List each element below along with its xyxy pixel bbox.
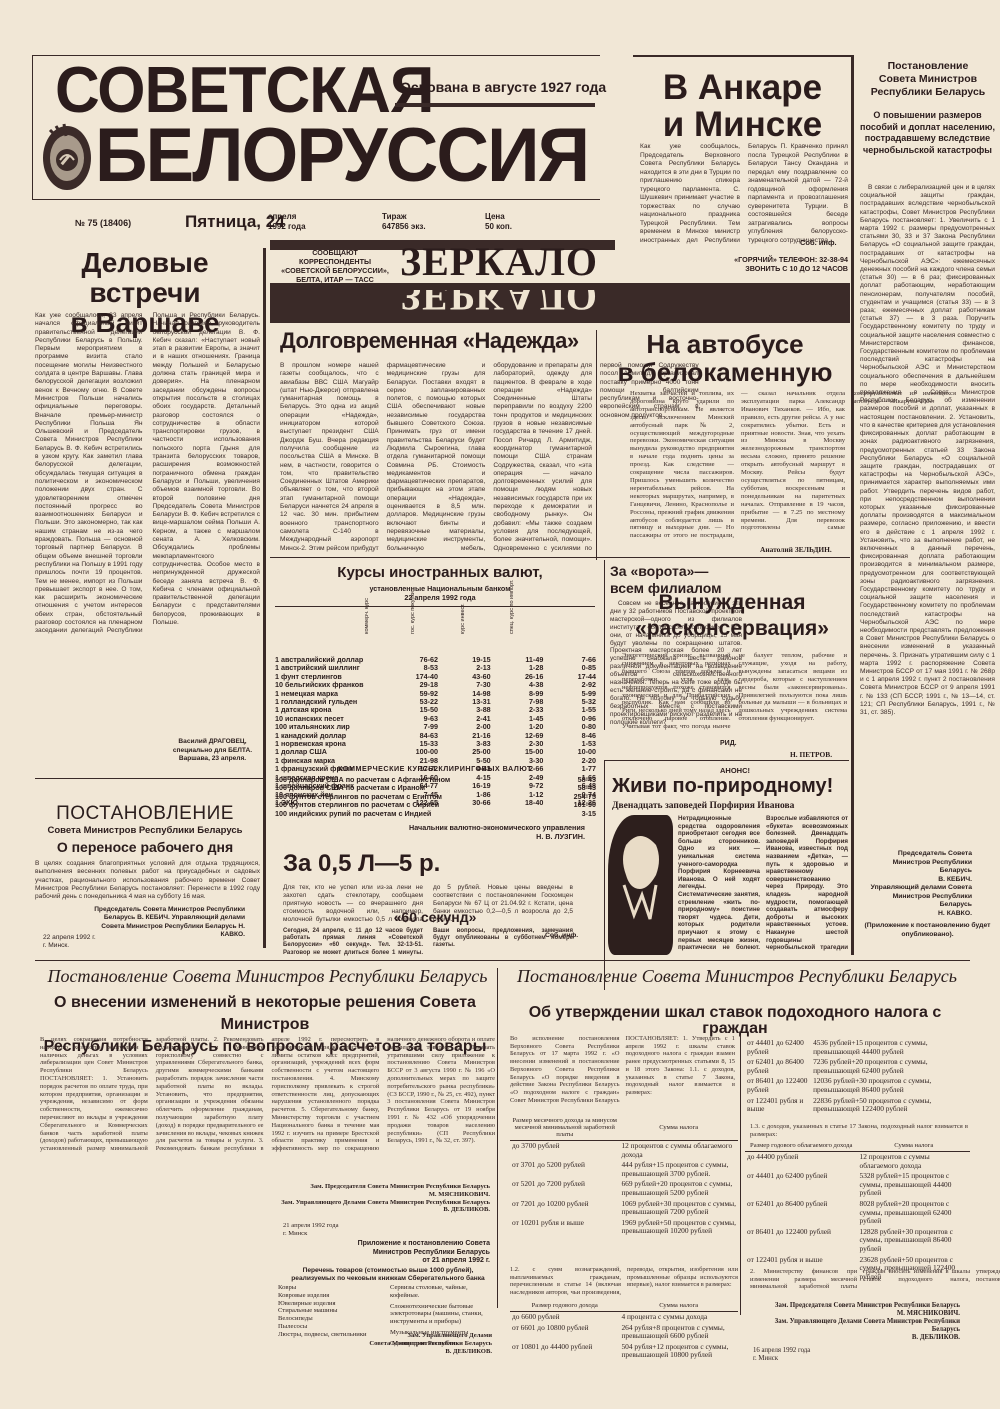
chernobyl-sig1-name: В. КЕБИЧ. xyxy=(860,876,972,885)
bus-headline: На автобусе в белокаменную xyxy=(600,330,850,386)
chernobyl-sig1: Председатель Совета Министров Республики… xyxy=(860,850,972,876)
tax-table-awards-cont: от 44401 до 62400 рублей4536 рублей+15 п… xyxy=(745,1038,970,1115)
tax-bracket: до 6600 рублей xyxy=(510,1312,619,1323)
tovary-body: В целях сокращения потребности народного… xyxy=(40,1036,495,1181)
chernobyl-sig2-name: Н. КАВКО. xyxy=(860,910,972,919)
emblem-icon xyxy=(40,118,95,193)
t2-col-tax: Сумма налога xyxy=(619,1300,738,1312)
tax-bracket: до 44400 рублей xyxy=(745,1152,858,1172)
tax-amount: 12036 рублей+30 процентов с суммы, превы… xyxy=(811,1076,970,1095)
price-label: Цена xyxy=(485,212,512,222)
bus-body: Нехватка запчастей и топлива, их дорогов… xyxy=(630,390,845,545)
t2-col-income: Размер годового дохода xyxy=(510,1300,619,1312)
ivanov-body: Нетрадиционные средства оздоровления при… xyxy=(678,815,848,955)
nalog-sig2-name: В. ДЕБЛИКОВ. xyxy=(760,1334,960,1342)
annex-title-3: от 21 апреля 1992 г. xyxy=(300,1257,490,1266)
tax-bracket: до 3700 рублей xyxy=(510,1141,619,1161)
annex-item: Ковровые изделия xyxy=(278,1292,383,1300)
tovary-annex-title: Приложение к постановлению Совета Минист… xyxy=(300,1240,490,1266)
price: Цена 50 коп. xyxy=(485,212,512,232)
annex-item: Ковры xyxy=(278,1284,383,1292)
raskonserv-title-line1: Вынужденная xyxy=(612,590,852,616)
ivanov-subtitle: Двенадцать заповедей Порфирия Иванова xyxy=(612,802,852,812)
masthead-title-line2: БЕЛОРУССИЯ xyxy=(95,118,588,194)
vorota-title-line1: За «ворота»— xyxy=(610,563,730,580)
annex-list-left: КоврыКовровые изделияЮвелирные изделияСт… xyxy=(278,1284,383,1339)
tovary-sig1: Зам. Председателя Совета Министров Респу… xyxy=(280,1183,490,1191)
tax-row: от 3701 до 5200 рублей444 рубля+15 проце… xyxy=(510,1160,738,1179)
perenos-title: О переносе рабочего дня xyxy=(30,840,260,854)
tax-row: от 10201 рубля и выше1969 рублей+50 проц… xyxy=(510,1218,738,1237)
col-import: спец. курс по импорт. xyxy=(509,599,515,634)
nalog-sig2: Зам. Управляющего Делами Совета Министро… xyxy=(760,1318,960,1334)
chernobyl-kicker-3: Республики Беларусь xyxy=(858,86,998,99)
tax-bracket: от 10801 до 44400 рублей xyxy=(510,1342,619,1361)
tax-bracket: от 3701 до 5200 рублей xyxy=(510,1160,619,1179)
bus-title-line1: На автобусе xyxy=(600,330,850,358)
tax-bracket: от 44401 до 62400 рублей xyxy=(745,1038,811,1057)
tovary-sig2: Зам. Управляющего Делами Совета Министро… xyxy=(280,1199,490,1207)
perenos-kicker2: Совета Министров Республики Беларусь xyxy=(30,826,260,836)
annex-item: Ювелирные изделия xyxy=(278,1300,383,1308)
chernobyl-kicker: Постановление Совета Министров Республик… xyxy=(858,60,998,99)
tovary-date: 21 апреля 1992 года xyxy=(283,1222,339,1230)
col-commercial: коммерч. курс xyxy=(364,599,370,634)
tax-bracket: от 86401 до 122400 рублей xyxy=(745,1076,811,1095)
tax-amount: 504 рубля+12 процентов с суммы, превышаю… xyxy=(619,1342,738,1361)
banner-left: Постановление Совета Министров Республик… xyxy=(40,966,495,987)
tax-row: от 7201 до 10200 рублей1069 рублей+30 пр… xyxy=(510,1199,738,1218)
bus-title-line2: в белокаменную xyxy=(600,358,850,386)
tax-bracket: от 62401 до 86400 рублей xyxy=(745,1199,858,1227)
t3-col-income: Размер годового облагаемого дохода xyxy=(745,1140,858,1152)
tovary-sig2-name: В. ДЕБЛИКОВ. xyxy=(280,1206,490,1214)
ankara-signature: Соб. инф. xyxy=(800,238,837,247)
tax-row: от 62401 до 86400 рублей8028 рублей+20 п… xyxy=(745,1199,970,1227)
circulation: Тираж 647856 экз. xyxy=(382,212,426,232)
ankara-title-line1: В Анкаре xyxy=(640,70,845,105)
tax-amount: 264 рубля+8 процентов с суммы, превышающ… xyxy=(619,1323,738,1342)
raskonserv-signature: Н. ПЕТРОВ. xyxy=(790,750,832,759)
tax-amount: 5328 рублей+15 процентов с суммы, превыш… xyxy=(858,1171,971,1199)
tax-row: от 86401 до 122400 рублей12036 рублей+30… xyxy=(745,1076,970,1095)
raskonserv-body: Энергетический кризис, вызванный снижени… xyxy=(622,652,847,752)
chernobyl-kicker-2: Совета Министров xyxy=(858,73,998,86)
annex-sig-1: Зам. Управляющего Делами xyxy=(330,1332,492,1340)
tax-row: от 122401 рубля и выше22836 рублей+50 пр… xyxy=(745,1096,970,1115)
tax-amount: 1069 рублей+30 процентов с суммы, превыш… xyxy=(619,1199,738,1218)
tax-amount: 444 рубля+15 процентов с суммы, превышаю… xyxy=(619,1160,738,1179)
tax-bracket: от 44401 до 62400 рублей xyxy=(745,1171,858,1199)
tovary-sig1-name: М. МЯСНИКОВИЧ. xyxy=(280,1191,490,1199)
issue-number: № 75 (18406) xyxy=(75,218,131,228)
annex-subtitle: Перечень товаров (стоимостью выше 1000 р… xyxy=(283,1267,493,1283)
annex-title-1: Приложение к постановлению Совета xyxy=(300,1240,490,1249)
clearing-name: 100 индийских рупий по расчетам с Индией xyxy=(273,810,556,818)
perenos-body: В целях создания благоприятных условий д… xyxy=(35,860,260,901)
annex-signature: Зам. Управляющего Делами Совета Министро… xyxy=(330,1332,492,1355)
currency-subtitle-2: 22 апреля 1992 года xyxy=(275,593,605,602)
warsaw-title-line1: Деловые встречи xyxy=(25,248,265,308)
col-state-buy: гос. курс покупки xyxy=(410,599,416,634)
tax-table-monthly: Размер месячного дохода за минусом месяч… xyxy=(510,1115,738,1237)
tax-table-annual: Размер годового облагаемого дохода Сумма… xyxy=(745,1140,970,1282)
raskonserv-headline: Вынужденная «расконсервация» xyxy=(612,590,852,642)
currency-signature: Начальник валютно-экономического управле… xyxy=(300,823,585,841)
annex-item: Сервизы столовые, чайные, кофейные. xyxy=(390,1284,495,1300)
tax-bracket: от 122401 рубля и выше xyxy=(745,1096,811,1115)
annex-item: Пылесосы xyxy=(278,1323,383,1331)
tax-row: до 44400 рублей12 процентов с суммы обла… xyxy=(745,1152,970,1172)
tax-bracket: от 62401 до 86400 рублей xyxy=(745,1057,811,1076)
currency-sig-title: Начальник валютно-экономического управле… xyxy=(300,823,585,832)
tax-row: до 6600 рублей4 процента с суммы дохода xyxy=(510,1312,738,1323)
tovary-dateline: 21 апреля 1992 года г. Минск xyxy=(283,1222,339,1238)
clearing-rate: 3-15 xyxy=(556,810,598,818)
tax-bracket: от 5201 до 7200 рублей xyxy=(510,1179,619,1198)
zerkalo-left: СООБЩАЮТ КОРРЕСПОНДЕНТЫ «СОВЕТСКОЙ БЕЛОР… xyxy=(280,248,390,284)
annex-title-2: Министров Республики Беларусь xyxy=(300,1249,490,1258)
warsaw-body: Как уже сообщалось, 23 апреля начался оф… xyxy=(35,312,260,757)
tax-amount: 12 процентов с суммы облагаемого дохода xyxy=(619,1141,738,1161)
col-invest: курс инвест. xyxy=(460,599,466,634)
date-month: апреля xyxy=(268,212,306,222)
zerkalo-hotline: «ГОРЯЧИЙ» ТЕЛЕФОН: 32-38-94 ЗВОНИТЬ С 10… xyxy=(730,255,848,273)
tax-row: от 5201 до 7200 рублей669 рублей+20 проц… xyxy=(510,1179,738,1198)
tovary-place: г. Минск xyxy=(283,1230,339,1238)
tax-amount: 669 рублей+20 процентов с суммы, превыша… xyxy=(619,1179,738,1198)
nadezhda-body: В прошлом номере нашей газеты сообщалось… xyxy=(280,362,592,554)
tax-row: от 44401 до 62400 рублей5328 рублей+15 п… xyxy=(745,1171,970,1199)
chernobyl-sig2: Управляющий делами Совета Министров Респ… xyxy=(860,884,972,910)
hotline-phone: «ГОРЯЧИЙ» ТЕЛЕФОН: 32-38-94 xyxy=(730,255,848,264)
nalog-dateline: 16 апреля 1992 года г. Минск xyxy=(753,1347,810,1363)
nalog-sig1-name: М. МЯСНИКОВИЧ. xyxy=(760,1310,960,1318)
tax-amount: 12 процентов с суммы облагаемого дохода xyxy=(858,1152,971,1172)
tax-row: от 6601 до 10800 рублей264 рубля+8 проце… xyxy=(510,1323,738,1342)
tax-bracket: от 86401 до 122400 рублей xyxy=(745,1227,858,1255)
sec60-headline: «60 секунд» xyxy=(280,910,590,924)
nalog-date: 16 апреля 1992 года xyxy=(753,1347,810,1355)
nalog-p2: 2. Министерству финансов при изменении р… xyxy=(750,1268,970,1296)
nalog-sig1: Зам. Председателя Совета Министров Респу… xyxy=(760,1302,960,1310)
annex-item: Сложнотехнические бытовые электротовары … xyxy=(390,1303,495,1326)
annex-item: Велосипеды xyxy=(278,1315,383,1323)
currency-title: Курсы иностранных валют, xyxy=(275,565,605,580)
annex-sig-2: Совета Министров Республики Беларусь xyxy=(330,1340,492,1348)
ankara-title-line2: и Минске xyxy=(640,107,845,142)
hotline-hours: ЗВОНИТЬ С 10 ДО 12 ЧАСОВ xyxy=(730,264,848,273)
currency-headers: коммерч. курс гос. курс покупки курс инв… xyxy=(372,620,592,655)
currency-sig-name: Н. В. ЛУЗГИН. xyxy=(300,832,585,841)
circulation-label: Тираж xyxy=(382,212,426,222)
tax-bracket: от 6601 до 10800 рублей xyxy=(510,1323,619,1342)
price-value: 50 коп. xyxy=(485,222,512,232)
tax-amount: 4536 рублей+15 процентов с суммы, превыш… xyxy=(811,1038,970,1057)
nalog-p13: 1.3. с доходов, указанных в статье 17 За… xyxy=(750,1123,968,1139)
banner-right: Постановление Совета Министров Республик… xyxy=(502,966,972,987)
date-year: 1992 года xyxy=(268,222,306,232)
founded-label: Основана в августе 1927 года xyxy=(400,80,606,94)
ankara-body: Как уже сообщалось, Председатель Верховн… xyxy=(640,143,848,273)
ivanov-headline: Живи по-природному! xyxy=(612,776,852,796)
bus-signature: Анатолий ЗЕЛЬДИН. xyxy=(760,545,832,554)
tax-amount: 12828 рублей+30 процентов с суммы, превы… xyxy=(858,1227,971,1255)
chernobyl-signatures: Председатель Совета Министров Республики… xyxy=(860,850,972,918)
chernobyl-note: (Приложение к постановлению будет опубли… xyxy=(860,922,995,939)
tax-amount: 4 процента с суммы дохода xyxy=(619,1312,738,1323)
annex-item: Стиральные машины xyxy=(278,1307,383,1315)
sec60-body: Сегодня, 24 апреля, с 11 до 12 часов буд… xyxy=(283,928,573,960)
perenos-kicker: ПОСТАНОВЛЕНИЕ xyxy=(30,803,260,825)
nalog-p12: 1.2. с сумм вознаграждений, выплачиваемы… xyxy=(510,1266,738,1298)
tovary-title-line1: О внесении изменений в некоторые решения… xyxy=(35,992,495,1036)
tax-amount: 7236 рублей+20 процентов с суммы, превыш… xyxy=(811,1057,970,1076)
tovary-signatures: Зам. Председателя Совета Министров Респу… xyxy=(280,1183,490,1214)
tax-row: от 86401 до 122400 рублей12828 рублей+30… xyxy=(745,1227,970,1255)
chernobyl-body: В связи с либерализацией цен и в целях с… xyxy=(860,184,995,844)
perenos-date: 22 апреля 1992 г. xyxy=(43,934,96,942)
tax-bracket: от 10201 рубля и выше xyxy=(510,1218,619,1237)
chernobyl-kicker-1: Постановление xyxy=(858,60,998,73)
ivanov-portrait-icon xyxy=(608,815,673,955)
tax-row: от 10801 до 44400 рублей504 рубля+12 про… xyxy=(510,1342,738,1361)
tax-table-awards: Размер годового дохода Сумма налога до 6… xyxy=(510,1300,738,1361)
perenos-place: г. Минск. xyxy=(43,942,96,950)
ivanov-kicker: АНОНС! xyxy=(620,767,850,775)
clearing-title: КОММЕРЧЕСКИЕ КУРСЫ КЛИРИНГОВЫХ ВАЛЮТ xyxy=(275,765,595,772)
t1-col-income: Размер месячного дохода за минусом месяч… xyxy=(510,1115,619,1141)
tax-amount: 22836 рублей+50 процентов с суммы, превы… xyxy=(811,1096,970,1115)
raskonserv-title-line2: «расконсервация» xyxy=(612,616,852,642)
tax-row: до 3700 рублей12 процентов с суммы облаг… xyxy=(510,1141,738,1161)
t3-col-tax: Сумма налога xyxy=(858,1140,971,1152)
currency-subtitle: установленные Национальным банком 22 апр… xyxy=(275,584,605,602)
perenos-signature: Председатель Совета Министров Республики… xyxy=(80,906,245,939)
tax-amount: 1969 рублей+50 процентов с суммы, превыш… xyxy=(619,1218,738,1237)
zerkalo-title: ЗЕРКАЛО xyxy=(400,242,598,282)
circulation-value: 647856 экз. xyxy=(382,222,426,232)
nalog-title: Об утверждении шкал ставок подоходного н… xyxy=(500,1005,970,1037)
nalog-place: г. Минск xyxy=(753,1355,810,1363)
clearing-row: 100 индийских рупий по расчетам с Индией… xyxy=(273,810,598,818)
issue-date: апреля 1992 года xyxy=(268,212,306,232)
tax-bracket: от 7201 до 10200 рублей xyxy=(510,1199,619,1218)
tax-amount: 8028 рублей+20 процентов с суммы, превыш… xyxy=(858,1199,971,1227)
nalog-intro: Во исполнение постановления Верховного С… xyxy=(510,1035,735,1113)
clearing-table: 100 долларов США по расчетам с Афганиста… xyxy=(273,776,598,818)
tax-row: от 62401 до 86400 рублей7236 рублей+20 п… xyxy=(745,1057,970,1076)
perenos-dateline: 22 апреля 1992 г. г. Минск. xyxy=(43,934,96,950)
chernobyl-title: О повышении размеров пособий и доплат на… xyxy=(860,110,995,156)
vodka-headline: За 0,5 Л—5 р. xyxy=(283,852,523,876)
currency-subtitle-1: установленные Национальным банком xyxy=(275,584,605,593)
warsaw-signature: Василий ДРАГОВЕЦ, специально для БЕЛТА. … xyxy=(165,738,260,764)
ankara-headline: В Анкаре и Минске xyxy=(640,70,845,142)
tax-row: от 44401 до 62400 рублей4536 рублей+15 п… xyxy=(745,1038,970,1057)
nadezhda-title: Долговременная «Надежда» xyxy=(280,330,579,352)
t1-col-tax: Сумма налога xyxy=(619,1115,738,1141)
annex-sig-3: В. ДЕБЛИКОВ. xyxy=(330,1348,492,1356)
nalog-signatures: Зам. Председателя Совета Министров Респу… xyxy=(760,1302,960,1342)
